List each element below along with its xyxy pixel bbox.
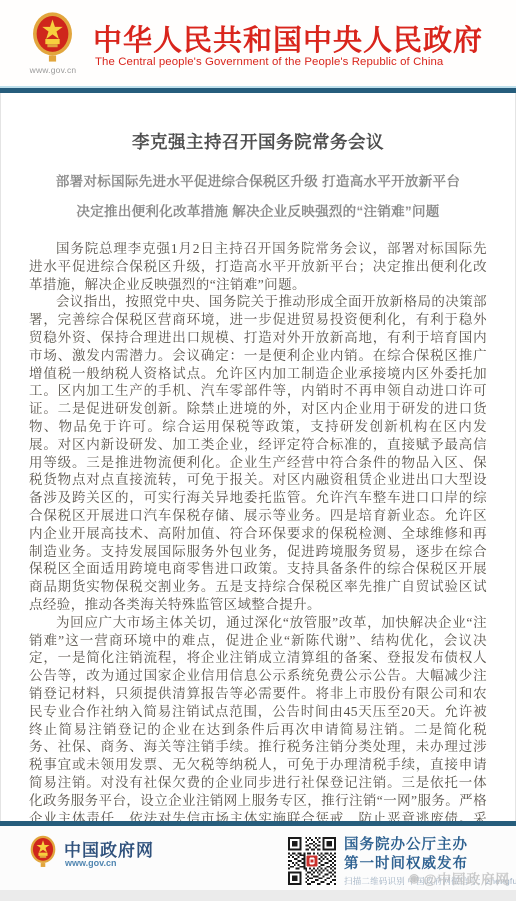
paragraph-1: 国务院总理李克强1月2日主持召开国务院常务会议，部署对标国际先进水平促进综合保税… <box>29 240 487 293</box>
header-site-url: www.gov.cn <box>28 65 78 75</box>
footer-sponsor-line-1: 国务院办公厅主办 <box>344 836 468 855</box>
article-title: 李克强主持召开国务院常务会议 <box>0 129 516 154</box>
bottom-strip <box>0 890 516 901</box>
paragraph-2: 会议指出，按照党中央、国务院关于推动形成全面开放新格局的决策部署，完善综合保税区… <box>29 293 487 613</box>
site-title-cn: 中华人民共和国中央人民政府 <box>93 18 473 59</box>
weibo-watermark: ◉ @中国政府网 <box>409 868 510 888</box>
national-emblem-icon <box>30 835 56 869</box>
article: 李克强主持召开国务院常务会议 部署对标国际先进水平促进综合保税区升级 打造高水平… <box>0 93 516 832</box>
gov-article-page: www.gov.cn 中华人民共和国中央人民政府 The Central peo… <box>0 0 516 901</box>
footer-site-url: www.gov.cn <box>65 858 117 868</box>
header-divider-bar <box>0 86 516 93</box>
weibo-icon: ◉ <box>409 871 420 885</box>
site-title-en: The Central people's Government of the P… <box>95 56 475 68</box>
site-header: www.gov.cn 中华人民共和国中央人民政府 The Central peo… <box>0 0 516 86</box>
site-footer: 中国政府网 www.gov.cn <box>0 826 516 890</box>
watermark-text: @中国政府网 <box>423 868 510 888</box>
article-subtitle: 部署对标国际先进水平促进综合保税区升级 打造高水平开放新平台 决定推出便利化改革… <box>0 167 516 227</box>
national-emblem-icon <box>32 11 73 65</box>
article-body: 国务院总理李克强1月2日主持召开国务院常务会议，部署对标国际先进水平促进综合保税… <box>29 240 487 832</box>
article-subtitle-line-1: 部署对标国际先进水平促进综合保税区升级 打造高水平开放新平台 <box>0 167 516 197</box>
qr-code-icon <box>288 837 336 885</box>
article-subtitle-line-2: 决定推出便利化改革措施 解决企业反映强烈的“注销难”问题 <box>0 197 516 227</box>
paragraph-3: 为回应广大市场主体关切，通过深化“放管服”改革，加快解决企业“注销难”这一营商环… <box>29 614 487 832</box>
